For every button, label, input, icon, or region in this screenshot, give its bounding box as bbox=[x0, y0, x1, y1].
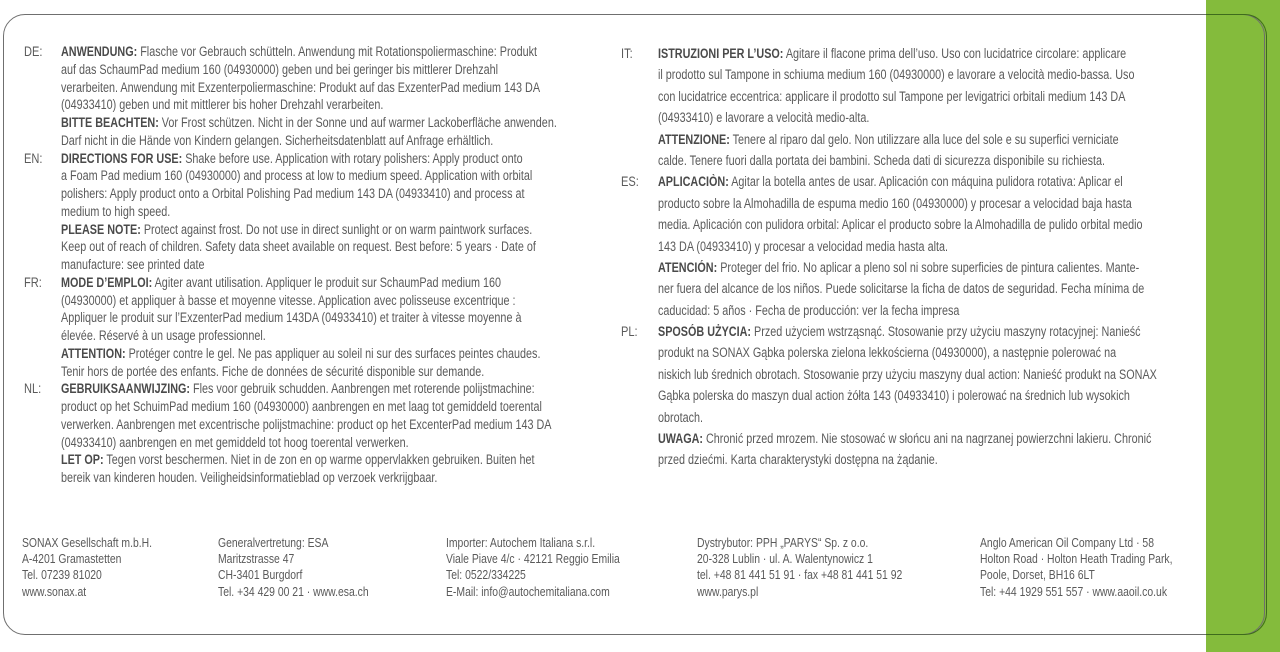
instruction-text: Tenere al riparo dal gelo. Non utilizzar… bbox=[730, 132, 1119, 147]
instruction-text: obrotach. bbox=[658, 410, 703, 425]
instruction-line: ANWENDUNG: Flasche vor Gebrauch schüttel… bbox=[61, 43, 492, 61]
address-line[interactable]: www.parys.pl bbox=[697, 584, 902, 600]
instruction-line: verarbeiten. Anwendung mit Exzenterpolie… bbox=[61, 79, 492, 97]
instruction-line: ISTRUZIONI PER L’USO: Agitare il flacone… bbox=[658, 43, 1096, 64]
instruction-text: Agiter avant utilisation. Appliquer le p… bbox=[152, 275, 501, 290]
instruction-text: (04930000) et appliquer à basse et moyen… bbox=[61, 293, 515, 308]
address-line: Tel. 07239 81020 bbox=[22, 567, 152, 583]
instruction-line: caducidad: 5 años · Fecha de producción:… bbox=[658, 300, 1096, 321]
instruction-heading: UWAGA: bbox=[658, 431, 703, 446]
instruction-line: auf das SchaumPad medium 160 (04930000) … bbox=[61, 61, 492, 79]
language-section-pl: PL:SPOSÓB UŻYCIA: Przed użyciem wstrząsn… bbox=[610, 321, 1205, 471]
address-line: Maritzstrasse 47 bbox=[218, 551, 369, 567]
instruction-line: Tenir hors de portée des enfants. Fiche … bbox=[61, 363, 492, 381]
instruction-heading: ATENCIÓN: bbox=[658, 260, 717, 275]
instruction-heading: MODE D’EMPLOI: bbox=[61, 275, 152, 290]
instruction-text: Protéger contre le gel. Ne pas appliquer… bbox=[126, 346, 541, 361]
instruction-text: polishers: Apply product onto a Orbital … bbox=[61, 186, 524, 201]
address-line: Tel: 0522/334225 bbox=[446, 567, 620, 583]
language-code: DE: bbox=[24, 43, 42, 61]
instruction-text: produkt na SONAX Gąbka polerska zielona … bbox=[658, 345, 1116, 360]
instruction-text: con lucidatrice eccentrica: applicare il… bbox=[658, 89, 1125, 104]
instruction-text: Chronić przed mrozem. Nie stosować w sło… bbox=[703, 431, 1151, 446]
instruction-text: Agitare il flacone prima dell’uso. Uso c… bbox=[783, 46, 1126, 61]
instruction-text: verarbeiten. Anwendung mit Exzenterpolie… bbox=[61, 80, 540, 95]
language-code: PL: bbox=[621, 321, 638, 342]
instruction-text: (04933410) aanbrengen en met gemiddeld t… bbox=[61, 435, 409, 450]
instruction-text: medium to high speed. bbox=[61, 204, 170, 219]
instruction-text: producto sobre la Almohadilla de espuma … bbox=[658, 196, 1132, 211]
instruction-line: manufacture: see printed date bbox=[61, 256, 492, 274]
address-line: A-4201 Gramastetten bbox=[22, 551, 152, 567]
instruction-line: ATTENZIONE: Tenere al riparo dal gelo. N… bbox=[658, 129, 1096, 150]
address-line: Generalvertretung: ESA bbox=[218, 535, 369, 551]
instruction-line: ATTENTION: Protéger contre le gel. Ne pa… bbox=[61, 345, 492, 363]
instruction-heading: ISTRUZIONI PER L’USO: bbox=[658, 46, 783, 61]
address-line: tel. +48 81 441 51 91 · fax +48 81 441 5… bbox=[697, 567, 902, 583]
language-code: FR: bbox=[24, 274, 42, 292]
instruction-text: 143 DA (04933410) y procesar a velocidad… bbox=[658, 239, 948, 254]
instruction-line: media. Aplicación con pulidora orbital: … bbox=[658, 214, 1096, 235]
instruction-text: Tenir hors de portée des enfants. Fiche … bbox=[61, 364, 484, 379]
instruction-line: product op het SchuimPad medium 160 (049… bbox=[61, 398, 492, 416]
instruction-text: caducidad: 5 años · Fecha de producción:… bbox=[658, 303, 959, 318]
address-line: Viale Piave 4/c · 42121 Reggio Emilia bbox=[446, 551, 620, 567]
address-block: Generalvertretung: ESAMaritzstrasse 47CH… bbox=[218, 535, 406, 600]
instruction-line: SPOSÓB UŻYCIA: Przed użyciem wstrząsnąć.… bbox=[658, 321, 1096, 342]
instruction-text: Protect against frost. Do not use in dir… bbox=[141, 222, 532, 237]
instruction-text: (04933410) e lavorare a velocità medio-a… bbox=[658, 110, 869, 125]
address-line[interactable]: www.sonax.at bbox=[22, 584, 152, 600]
instruction-heading: BITTE BEACHTEN: bbox=[61, 115, 159, 130]
instruction-line: produkt na SONAX Gąbka polerska zielona … bbox=[658, 342, 1096, 363]
instruction-text: auf das SchaumPad medium 160 (04930000) … bbox=[61, 62, 498, 77]
language-code: ES: bbox=[621, 171, 639, 192]
instruction-line: il prodotto sul Tampone in schiuma mediu… bbox=[658, 64, 1096, 85]
instruction-text: Keep out of reach of children. Safety da… bbox=[61, 239, 536, 254]
instruction-text: Tegen vorst beschermen. Niet in de zon e… bbox=[104, 452, 535, 467]
instruction-heading: ATTENZIONE: bbox=[658, 132, 730, 147]
instruction-line: DIRECTIONS FOR USE: Shake before use. Ap… bbox=[61, 150, 492, 168]
instruction-line: przed dziećmi. Karta charakterystyki dos… bbox=[658, 449, 1096, 470]
instruction-line: niskich lub średnich obrotach. Stosowani… bbox=[658, 364, 1096, 385]
instruction-text: Flasche vor Gebrauch schütteln. Anwendun… bbox=[137, 44, 537, 59]
instruction-line: Darf nicht in die Hände von Kindern gela… bbox=[61, 132, 492, 150]
instruction-text: niskich lub średnich obrotach. Stosowani… bbox=[658, 367, 1157, 382]
instruction-text: product op het SchuimPad medium 160 (049… bbox=[61, 399, 542, 414]
instruction-text: Agitar la botella antes de usar. Aplicac… bbox=[729, 174, 1123, 189]
instruction-line: a Foam Pad medium 160 (04930000) and pro… bbox=[61, 167, 492, 185]
instruction-text: Fles voor gebruik schudden. Aanbrengen m… bbox=[190, 381, 535, 396]
instruction-text: (04933410) geben und mit mittlerer bis h… bbox=[61, 97, 383, 112]
instruction-line: bereik van kinderen houden. Veiligheidsi… bbox=[61, 469, 492, 487]
instruction-text: bereik van kinderen houden. Veiligheidsi… bbox=[61, 470, 437, 485]
instruction-line: GEBRUIKSAANWIJZING: Fles voor gebruik sc… bbox=[61, 380, 492, 398]
instruction-line: verwerken. Aanbrengen met excentrische p… bbox=[61, 416, 492, 434]
address-line: 20-328 Lublin · ul. A. Walentynowicz 1 bbox=[697, 551, 902, 567]
address-line[interactable]: E-Mail: info@autochemitaliana.com bbox=[446, 584, 620, 600]
instruction-text: Przed użyciem wstrząsnąć. Stosowanie prz… bbox=[751, 324, 1141, 339]
instruction-line: (04933410) geben und mit mittlerer bis h… bbox=[61, 96, 492, 114]
address-block: Dystrybutor: PPH „PARYS“ Sp. z o.o.20-32… bbox=[697, 535, 954, 600]
instruction-text: élevée. Réservé à un usage professionnel… bbox=[61, 328, 266, 343]
instruction-line: Appliquer le produit sur l’ExzenterPad m… bbox=[61, 309, 492, 327]
instruction-line: producto sobre la Almohadilla de espuma … bbox=[658, 193, 1096, 214]
instruction-text: Gąbka polerska do maszyn dual action żół… bbox=[658, 388, 1130, 403]
instruction-line: élevée. Réservé à un usage professionnel… bbox=[61, 327, 492, 345]
instruction-heading: ANWENDUNG: bbox=[61, 44, 137, 59]
language-section-it: IT:ISTRUZIONI PER L’USO: Agitare il flac… bbox=[610, 43, 1205, 171]
language-code: EN: bbox=[24, 150, 42, 168]
address-line: Importer: Autochem Italiana s.r.l. bbox=[446, 535, 620, 551]
instruction-line: obrotach. bbox=[658, 407, 1096, 428]
instruction-heading: GEBRUIKSAANWIJZING: bbox=[61, 381, 190, 396]
instruction-line: polishers: Apply product onto a Orbital … bbox=[61, 185, 492, 203]
language-section-fr: FR:MODE D’EMPLOI: Agiter avant utilisati… bbox=[0, 274, 600, 381]
instruction-line: APLICACIÒN: Agitar la botella antes de u… bbox=[658, 171, 1096, 192]
instruction-line: 143 DA (04933410) y procesar a velocidad… bbox=[658, 236, 1096, 257]
address-line: Holton Road · Holton Heath Trading Park, bbox=[980, 551, 1173, 567]
instruction-text: Proteger del frio. No aplicar a pleno so… bbox=[717, 260, 1139, 275]
instruction-line: UWAGA: Chronić przed mrozem. Nie stosowa… bbox=[658, 428, 1096, 449]
address-line[interactable]: Tel: +44 1929 551 557 · www.aaoil.co.uk bbox=[980, 584, 1173, 600]
address-line: Dystrybutor: PPH „PARYS“ Sp. z o.o. bbox=[697, 535, 902, 551]
instruction-line: LET OP: Tegen vorst beschermen. Niet in … bbox=[61, 451, 492, 469]
instruction-text: manufacture: see printed date bbox=[61, 257, 205, 272]
instructions-left-column: DE:ANWENDUNG: Flasche vor Gebrauch schüt… bbox=[0, 43, 600, 487]
instruction-line: Gąbka polerska do maszyn dual action żół… bbox=[658, 385, 1096, 406]
instruction-line: (04933410) e lavorare a velocità medio-a… bbox=[658, 107, 1096, 128]
instruction-text: Darf nicht in die Hände von Kindern gela… bbox=[61, 133, 493, 148]
instruction-heading: DIRECTIONS FOR USE: bbox=[61, 151, 182, 166]
instruction-text: ner fuera del alcance de los niños. Pued… bbox=[658, 281, 1144, 296]
address-block: Anglo American Oil Company Ltd · 58Holto… bbox=[980, 535, 1221, 600]
instruction-line: ner fuera del alcance de los niños. Pued… bbox=[658, 278, 1096, 299]
instruction-heading: SPOSÓB UŻYCIA: bbox=[658, 324, 751, 339]
instruction-text: verwerken. Aanbrengen met excentrische p… bbox=[61, 417, 551, 432]
language-code: NL: bbox=[24, 380, 41, 398]
language-section-en: EN:DIRECTIONS FOR USE: Shake before use.… bbox=[0, 150, 600, 274]
instruction-line: medium to high speed. bbox=[61, 203, 492, 221]
address-line[interactable]: Tel. +34 429 00 21 · www.esa.ch bbox=[218, 584, 369, 600]
address-line: CH-3401 Burgdorf bbox=[218, 567, 369, 583]
address-block: SONAX Gesellschaft m.b.H.A-4201 Gramaste… bbox=[22, 535, 185, 600]
instruction-heading: ATTENTION: bbox=[61, 346, 126, 361]
instruction-heading: LET OP: bbox=[61, 452, 104, 467]
instruction-text: Appliquer le produit sur l’ExzenterPad m… bbox=[61, 310, 521, 325]
instructions-right-column: IT:ISTRUZIONI PER L’USO: Agitare il flac… bbox=[610, 43, 1205, 471]
instruction-text: calde. Tenere fuori dalla portata dei ba… bbox=[658, 153, 1105, 168]
instruction-text: il prodotto sul Tampone in schiuma mediu… bbox=[658, 67, 1134, 82]
language-code: IT: bbox=[621, 43, 633, 64]
language-section-nl: NL:GEBRUIKSAANWIJZING: Fles voor gebruik… bbox=[0, 380, 600, 487]
instruction-text: Shake before use. Application with rotar… bbox=[182, 151, 522, 166]
instruction-line: (04930000) et appliquer à basse et moyen… bbox=[61, 292, 492, 310]
instruction-text: przed dziećmi. Karta charakterystyki dos… bbox=[658, 452, 938, 467]
instruction-line: PLEASE NOTE: Protect against frost. Do n… bbox=[61, 221, 492, 239]
language-section-es: ES:APLICACIÒN: Agitar la botella antes d… bbox=[610, 171, 1205, 321]
instruction-text: a Foam Pad medium 160 (04930000) and pro… bbox=[61, 168, 532, 183]
instruction-text: Vor Frost schützen. Nicht in der Sonne u… bbox=[159, 115, 557, 130]
instruction-text: media. Aplicación con pulidora orbital: … bbox=[658, 217, 1142, 232]
address-line: Anglo American Oil Company Ltd · 58 bbox=[980, 535, 1173, 551]
address-line: SONAX Gesellschaft m.b.H. bbox=[22, 535, 152, 551]
instruction-heading: APLICACIÒN: bbox=[658, 174, 729, 189]
instruction-heading: PLEASE NOTE: bbox=[61, 222, 141, 237]
instruction-line: BITTE BEACHTEN: Vor Frost schützen. Nich… bbox=[61, 114, 492, 132]
language-section-de: DE:ANWENDUNG: Flasche vor Gebrauch schüt… bbox=[0, 43, 600, 150]
instruction-line: calde. Tenere fuori dalla portata dei ba… bbox=[658, 150, 1096, 171]
address-block: Importer: Autochem Italiana s.r.l.Viale … bbox=[446, 535, 663, 600]
instruction-line: ATENCIÓN: Proteger del frio. No aplicar … bbox=[658, 257, 1096, 278]
instruction-line: MODE D’EMPLOI: Agiter avant utilisation.… bbox=[61, 274, 492, 292]
instruction-line: con lucidatrice eccentrica: applicare il… bbox=[658, 86, 1096, 107]
instruction-line: (04933410) aanbrengen en met gemiddeld t… bbox=[61, 434, 492, 452]
address-line: Poole, Dorset, BH16 6LT bbox=[980, 567, 1173, 583]
instruction-line: Keep out of reach of children. Safety da… bbox=[61, 238, 492, 256]
